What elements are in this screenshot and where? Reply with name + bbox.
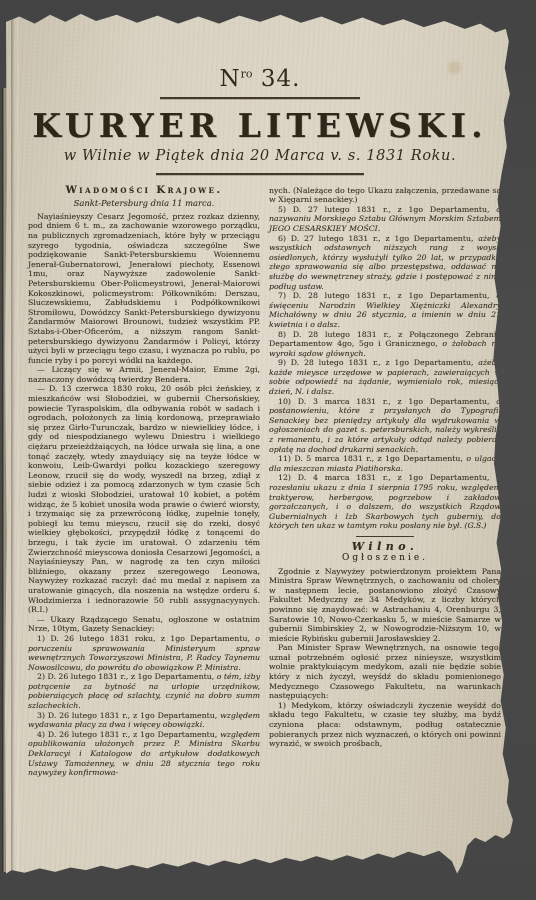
issue-dateline: w Wilnie w Piątek dnia 20 Marca v. s. 18… [4, 148, 516, 164]
article-dateline: Sankt-Petersburg dnia 11 marca. [28, 199, 260, 209]
newspaper-title: KURYER LITEWSKI. [4, 106, 516, 145]
issue-number: Nro 34. [4, 66, 516, 92]
decree-item: 12) D. 4 marca 1831 r., z 1go Departamen… [269, 473, 501, 531]
issue-number-ordinal: ro [241, 67, 253, 80]
decree-head: 2) D. 26 lutego 1831 r., z 1go Departame… [37, 672, 214, 681]
decree-head: 9) D. 28 lutego 1831 r., z 1go Departame… [278, 358, 473, 367]
decree-head: 11) D. 5 marca 1831 r., z 1go Departamen… [278, 454, 463, 463]
masthead-rule-top [160, 97, 360, 99]
decree-head: 7) D. 28 lutego 1831 r., z 1go Departame… [278, 291, 490, 300]
decree-item: 3) D. 26 lutego 1831 r., z 1go Departame… [28, 711, 260, 730]
newspaper-page: Nro 34. KURYER LITEWSKI. w Wilnie w Piąt… [4, 6, 516, 886]
right-column: nych. (Należące do tego Ukazu załączenia… [269, 186, 501, 778]
issue-number-value: 34. [261, 66, 301, 92]
decree-head: 10) D. 3 marca 1831 r., z 1go Departamen… [278, 397, 490, 406]
decree-item: 1) D. 26 lutego 1831 roku, z 1go Departa… [28, 634, 260, 672]
article-paragraph: — Ukazy Rządzącego Senatu, ogłoszone w o… [28, 615, 260, 634]
decree-head: 6) D. 27 lutego 1831 r., z 1go Departame… [278, 234, 473, 243]
decree-head: 4) D. 26 lutego 1831 r., z 1go Departame… [37, 730, 217, 739]
newspaper-scan: Nro 34. KURYER LITEWSKI. w Wilnie w Piąt… [0, 0, 536, 900]
article-paragraph: Zgodnie z Naywyżey potwierdzonym proiekt… [269, 567, 501, 644]
article-paragraph: — D. 13 czerwca 1830 roku, 20 osób płci … [28, 384, 260, 614]
article-paragraph: 1) Medykom, którzy oświadczyli życzenie … [269, 701, 501, 749]
decree-item: 6) D. 27 lutego 1831 r., z 1go Departame… [269, 234, 501, 292]
decree-item: 9) D. 28 lutego 1831 r., z 1go Departame… [269, 358, 501, 396]
article-paragraph: — Liczący się w Armii, Jenerał-Maior, Em… [28, 365, 260, 384]
section-divider [356, 536, 414, 537]
section-header-wilno: Wilno. [269, 542, 501, 552]
decree-item: 7) D. 28 lutego 1831 r., z 1go Departame… [269, 291, 501, 329]
article-paragraph: Nayiaśnieyszy Cesarz Jegomość, przez roz… [28, 212, 260, 366]
article-paragraph-continuation: nych. (Należące do tego Ukazu załączenia… [269, 186, 501, 205]
left-column: Wiadomości Krajowe. Sankt-Petersburg dni… [28, 186, 260, 778]
decree-item: 11) D. 5 marca 1831 r., z 1go Departamen… [269, 454, 501, 473]
text-columns: Wiadomości Krajowe. Sankt-Petersburg dni… [4, 186, 516, 778]
decree-item: 4) D. 26 lutego 1831 r., z 1go Departame… [28, 730, 260, 778]
decree-head: 1) D. 26 lutego 1831 roku, z 1go Departa… [37, 634, 250, 643]
section-header-domestic-news: Wiadomości Krajowe. [28, 186, 260, 196]
masthead: Nro 34. KURYER LITEWSKI. w Wilnie w Piąt… [4, 66, 516, 175]
announcement-header: Ogłoszenie. [269, 554, 501, 564]
decree-item: 2) D. 26 lutego 1831 r., z 1go Departame… [28, 672, 260, 710]
masthead-rule-bottom [156, 173, 364, 175]
decree-item: 10) D. 3 marca 1831 r., z 1go Departamen… [269, 397, 501, 455]
decree-head: 12) D. 4 marca 1831 r., z 1go Departamen… [278, 473, 490, 482]
decree-item: 8) D. 28 lutego 1831 r., z Połączonego Z… [269, 330, 501, 359]
decree-item: 5) D. 27 lutego 1831 r., z 1go Departame… [269, 205, 501, 234]
article-paragraph: Pan Minister Spraw Wewnętrznych, na osno… [269, 643, 501, 701]
decree-head: 3) D. 26 lutego 1831 r., z 1go Departame… [37, 711, 217, 720]
decree-head: 5) D. 27 lutego 1831 r., z 1go Departame… [278, 205, 490, 214]
